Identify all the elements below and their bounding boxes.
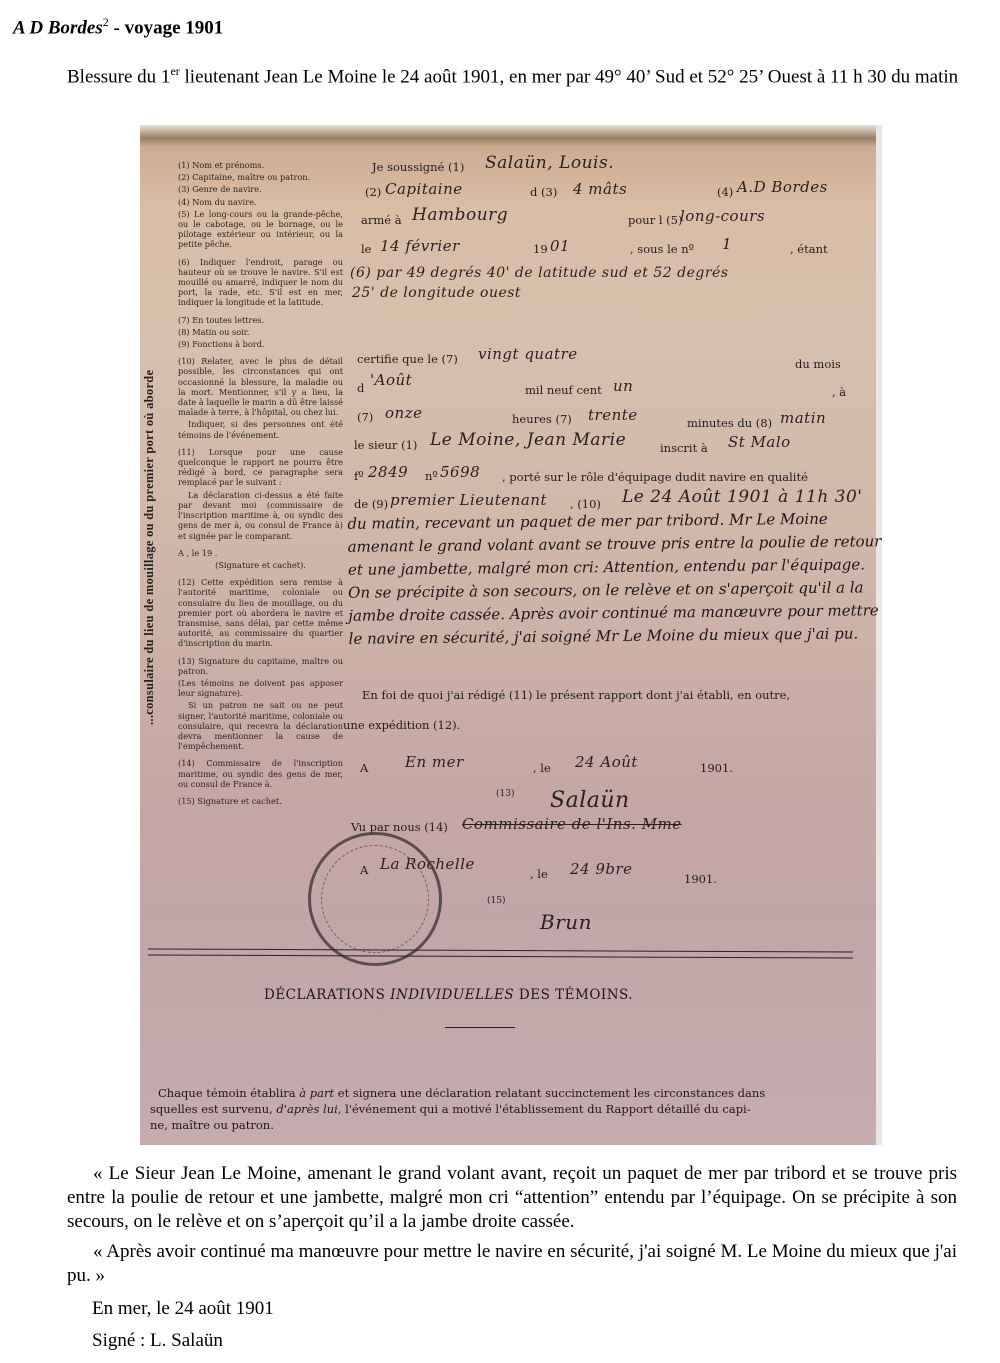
note: (5) Le long-cours ou la grande-pêche, ou…: [178, 209, 343, 250]
form-label: d (3): [530, 185, 557, 199]
form-label: , (10): [570, 497, 601, 511]
note: (10) Relater, avec le plus de détail pos…: [178, 356, 343, 417]
form-label: , étant: [790, 242, 828, 256]
form-label: , le: [533, 761, 551, 775]
note: (12) Cette expédition sera remise à l'au…: [178, 577, 343, 648]
handwritten-numero: 5698: [440, 463, 480, 481]
form-footnotes: (1) Nom et prénoms. (2) Capitaine, maîtr…: [178, 160, 343, 813]
handwritten-year: 01: [550, 237, 570, 255]
handwritten-narrative: du matin, recevant un paquet de mer par …: [347, 507, 882, 651]
handwritten-ship-name: A.D Bordes: [737, 178, 828, 196]
handwritten-event-start: Le 24 Août 1901 à 11h 30': [622, 487, 862, 507]
note: (Signature et cachet).: [178, 560, 343, 570]
form-label: En foi de quoi j'ai rédigé (11) le prése…: [362, 688, 790, 702]
ship-name: A D Bordes: [13, 17, 103, 38]
form-label: de (9): [354, 497, 388, 511]
form-label: certifie que le (7): [357, 352, 458, 366]
form-label: d: [357, 381, 364, 395]
note: (15) Signature et cachet.: [178, 796, 343, 806]
note: (14) Commissaire de l'inscription mariti…: [178, 758, 343, 789]
photo-shadow: [140, 125, 882, 147]
form-label: armé à: [361, 213, 402, 227]
heading-suffix: - voyage 1901: [109, 17, 224, 38]
official-stamp: [308, 832, 442, 966]
note: Indiquer, si des personnes ont été témoi…: [178, 419, 343, 439]
vertical-margin-text: ...consulaire du lieu de mouillage ou du…: [142, 125, 157, 725]
handwritten-date: 24 9bre: [570, 860, 633, 878]
form-label: , sous le nº: [630, 242, 694, 256]
form-label: du mois: [795, 357, 841, 371]
note: (4) Nom du navire.: [178, 197, 343, 207]
form-label: Je soussigné (1): [372, 160, 464, 174]
note: (3) Genre de navire.: [178, 184, 343, 194]
handwritten-hour: onze: [385, 404, 422, 422]
note: Si un patron ne sait ou ne peut signer, …: [178, 700, 343, 751]
title-italic: INDIVIDUELLES: [390, 987, 514, 1003]
declarations-instructions: Chaque témoin établira à part et signera…: [150, 1085, 850, 1133]
instr-text: Chaque témoin établira: [158, 1086, 299, 1100]
intro-text-rest: lieutenant Jean Le Moine le 24 août 1901…: [180, 66, 958, 87]
form-label: nº: [425, 469, 438, 483]
handwritten-navigation: long-cours: [680, 207, 765, 225]
handwritten-rank: Capitaine: [385, 180, 463, 198]
handwritten-date: 14 février: [380, 237, 460, 255]
handwritten-number: 1: [722, 235, 732, 253]
form-label: minutes du (8): [687, 416, 772, 430]
note: (9) Fonctions à bord.: [178, 339, 343, 349]
handwritten-position: (6) par 49 degrés 40' de latitude sud et…: [350, 265, 729, 281]
form-label: 1901.: [700, 761, 733, 775]
declarations-title: DÉCLARATIONS INDIVIDUELLES DES TÉMOINS.: [264, 987, 633, 1003]
form-label: (15): [487, 896, 505, 906]
handwritten-name: Salaün, Louis.: [485, 153, 614, 173]
note: (8) Matin ou soir.: [178, 327, 343, 337]
handwritten-port: Hambourg: [412, 205, 508, 225]
handwritten-ship-type: 4 mâts: [573, 180, 627, 198]
intro-paragraph: Blessure du 1er lieutenant Jean Le Moine…: [67, 59, 967, 89]
form-label: (7): [357, 410, 373, 424]
handwritten-sailor-name: Le Moine, Jean Marie: [430, 430, 626, 450]
form-label: le: [361, 242, 371, 256]
form-label: heures (7): [512, 412, 572, 426]
handwritten-commissaire: Commissaire de l'Ins. Mme: [462, 815, 682, 833]
instr-italic: à part: [299, 1086, 334, 1100]
note: (13) Signature du capitaine, maître ou p…: [178, 656, 343, 676]
note: (11) Lorsque pour une cause quelconque l…: [178, 447, 343, 488]
transcription-paragraph-2: « Après avoir continué ma manœuvre pour …: [67, 1240, 957, 1288]
handwritten-month: 'Août: [370, 371, 412, 389]
form-label: A: [360, 863, 368, 877]
double-rule: [148, 948, 853, 958]
form-label: 19: [533, 242, 548, 256]
place-date: En mer, le 24 août 1901: [92, 1298, 274, 1320]
short-rule: [445, 1027, 515, 1028]
note: (2) Capitaine, maître ou patron.: [178, 172, 343, 182]
handwritten-place: En mer: [405, 753, 464, 771]
instr-italic: d'après lui,: [276, 1102, 341, 1116]
form-label: (13): [496, 789, 514, 799]
signature-line: Signé : L. Salaün: [92, 1330, 223, 1352]
captain-signature: Salaün: [550, 788, 630, 813]
form-label: fº: [354, 469, 364, 483]
handwritten-role: premier Lieutenant: [390, 491, 547, 509]
handwritten-place: La Rochelle: [380, 855, 475, 873]
form-label: (4): [717, 185, 733, 199]
handwritten-date: 24 Août: [575, 753, 638, 771]
handwritten-position: 25' de longitude ouest: [352, 285, 521, 301]
note: (6) Indiquer l'endroit, parage ou hauteu…: [178, 257, 343, 308]
note: (Les témoins ne doivent pas apposer leur…: [178, 678, 343, 698]
title-text: DÉCLARATIONS: [264, 987, 390, 1003]
instr-text: squelles est survenu,: [150, 1102, 276, 1116]
form-label: A: [360, 761, 368, 775]
instr-text: ne, maître ou patron.: [150, 1117, 850, 1133]
note: A , le 19 .: [178, 548, 343, 558]
form-label: , porté sur le rôle d'équipage dudit nav…: [502, 470, 808, 484]
handwritten-year-word: un: [613, 377, 633, 395]
transcription-paragraph-1: « Le Sieur Jean Le Moine, amenant le gra…: [67, 1162, 957, 1234]
form-label: mil neuf cent: [525, 383, 602, 397]
title-text: DES TÉMOINS.: [514, 987, 633, 1003]
handwritten-ampm: matin: [780, 409, 826, 427]
document-photo: ...consulaire du lieu de mouillage ou du…: [140, 125, 882, 1145]
handwritten-quarter: St Malo: [728, 433, 791, 451]
form-label: , le: [530, 867, 548, 881]
note: (7) En toutes lettres.: [178, 315, 343, 325]
handwritten-folio: 2849: [368, 463, 408, 481]
commissaire-signature: Brun: [540, 910, 592, 934]
form-label: pour l (5): [628, 213, 682, 227]
form-label: (2): [365, 185, 381, 199]
instr-text: et signera une déclaration relatant succ…: [334, 1086, 765, 1100]
page-heading: A D Bordes2 - voyage 1901: [13, 15, 223, 39]
instr-text: l'événement qui a motivé l'établissement…: [341, 1102, 750, 1116]
form-label: inscrit à: [660, 441, 708, 455]
intro-text: Blessure du 1: [67, 66, 170, 87]
form-label: une expédition (12).: [343, 718, 460, 732]
handwritten-day: vingt quatre: [478, 345, 578, 363]
note: (1) Nom et prénoms.: [178, 160, 343, 170]
form-label: 1901.: [684, 872, 717, 886]
form-label: , à: [832, 385, 846, 399]
handwritten-minutes: trente: [588, 406, 638, 424]
form-label: le sieur (1): [354, 438, 417, 452]
ordinal-sup: er: [170, 64, 179, 78]
note: La déclaration ci-dessus a été faite par…: [178, 490, 343, 541]
